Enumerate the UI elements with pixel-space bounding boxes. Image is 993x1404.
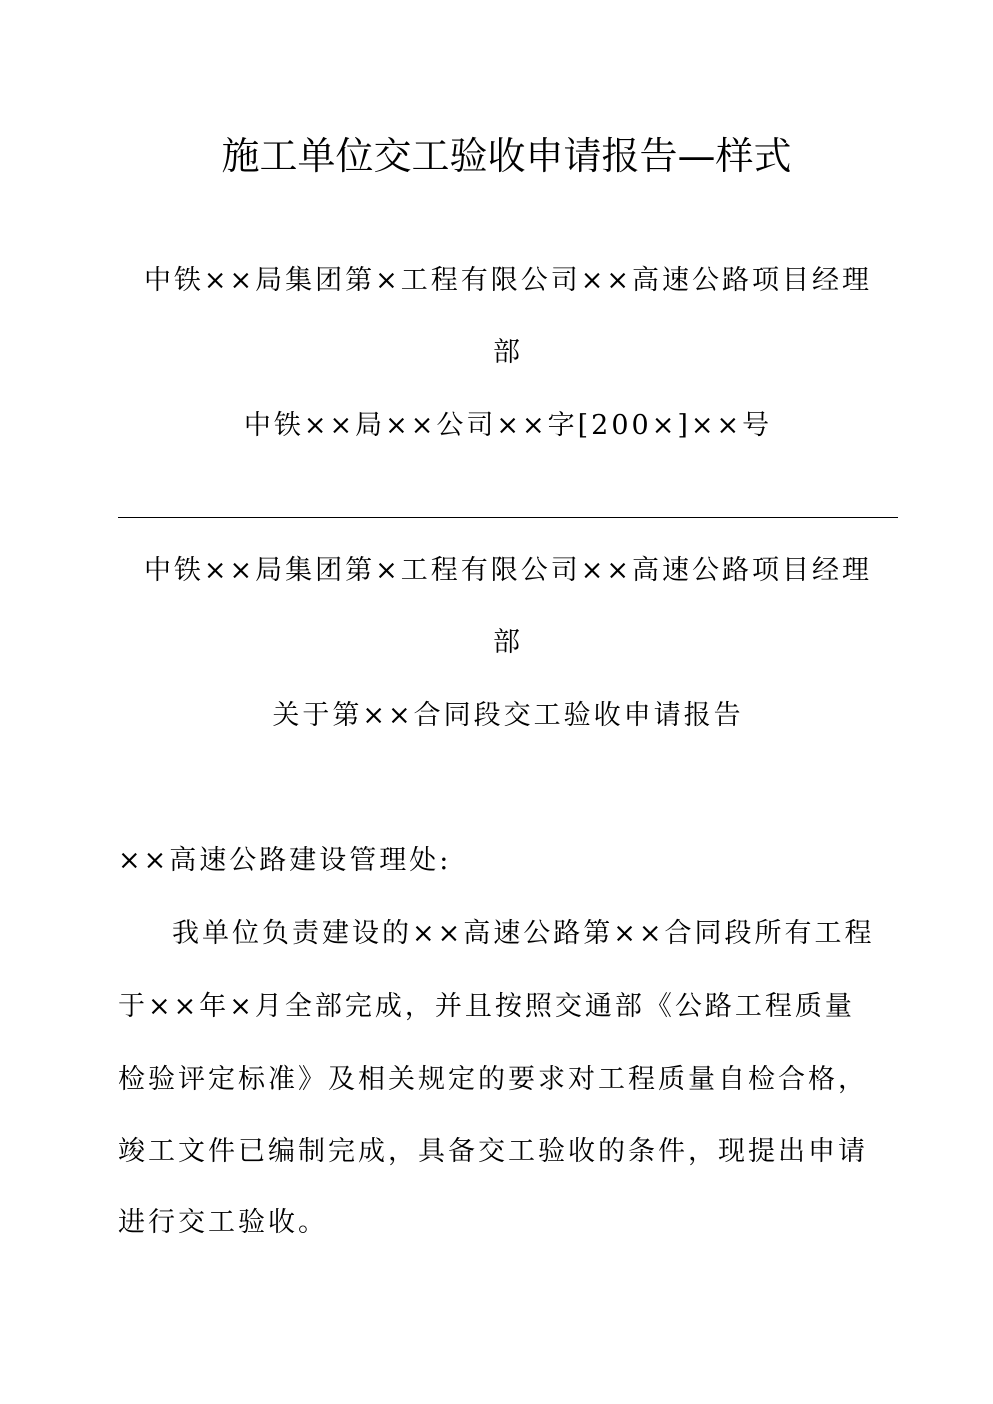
paragraph-line: 我单位负责建设的××高速公路第××合同段所有工程 (172, 914, 962, 954)
paragraph-line: 竣工文件已编制完成，具备交工验收的条件，现提出申请 (118, 1132, 908, 1172)
issuer-line-2: 部 (118, 333, 898, 373)
issuer-line-1: 中铁××局集团第×工程有限公司××高速公路项目经理 (118, 261, 898, 301)
header-divider (118, 517, 898, 518)
subject-org-line-2: 部 (118, 623, 898, 663)
document-number: 中铁××局××公司××字[200×]××号 (118, 406, 898, 446)
document-title: 施工单位交工验收申请报告—样式 (0, 128, 993, 184)
paragraph-line: 检验评定标准》及相关规定的要求对工程质量自检合格， (118, 1060, 908, 1100)
subject-org-line-1: 中铁××局集团第×工程有限公司××高速公路项目经理 (118, 551, 898, 591)
paragraph-line: 进行交工验收。 (118, 1203, 908, 1243)
subject-line: 关于第××合同段交工验收申请报告 (118, 696, 898, 736)
document-page: 施工单位交工验收申请报告—样式 中铁××局集团第×工程有限公司××高速公路项目经… (0, 0, 993, 1404)
salutation: ××高速公路建设管理处: (118, 841, 908, 881)
paragraph-line: 于××年×月全部完成，并且按照交通部《公路工程质量 (118, 987, 908, 1027)
